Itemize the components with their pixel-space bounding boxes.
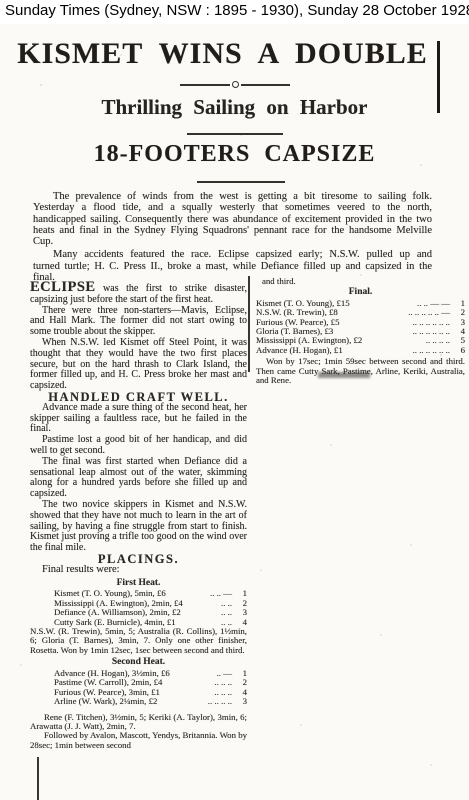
dot-leader: .. — (170, 669, 235, 678)
result-entry: Arline (W. Wark), 2¼min, £2 (54, 697, 157, 706)
ornament-line (180, 84, 230, 86)
lead-word: ECLIPSE (30, 279, 96, 295)
carryover-text: and third. (256, 277, 465, 286)
result-row: Arline (W. Wark), 2¼min, £2 .. .. .. .. … (30, 697, 247, 706)
dot-leader: .. .. .. (160, 688, 235, 697)
ornament-line (241, 84, 291, 86)
dot-leader: .. .. .. (162, 678, 235, 687)
subheadline-sailing: Thrilling Sailing on Harbor (0, 95, 469, 120)
followed-by: Followed by Avalon, Mascott, Yendys, Bri… (30, 731, 247, 750)
paragraph-novices: The two novice skippers in Kismet and N.… (30, 500, 247, 554)
result-entry: Advance (H. Hogan), £1 (256, 346, 343, 355)
right-column: and third. Final. Kismet (T. O. Young), … (256, 277, 465, 385)
also-rans-block: Rene (F. Titchen), 3½min, 5; Keriki (A. … (30, 713, 247, 751)
results-intro: Final results were: (30, 565, 247, 576)
paragraph-eclipse: ECLIPSE was the first to strike disaster… (30, 282, 247, 306)
headline-ornament-rule (180, 81, 290, 88)
trove-article-page: Sunday Times (Sydney, NSW : 1895 - 1930)… (0, 0, 469, 800)
paper-noise (0, 24, 2, 26)
also-rans: Rene (F. Titchen), 3½min, 5; Keriki (A. … (30, 713, 247, 732)
two-column-section: ECLIPSE was the first to strike disaster… (0, 276, 469, 800)
ornament-dot (232, 81, 239, 88)
final-results: Kismet (T. O. Young), £15 .. .. — — 1 N.… (256, 299, 465, 355)
paragraph-nsw: When N.S.W. led Kismet off Steel Point, … (30, 338, 247, 392)
paragraph-pastime: Pastime lost a good bit of her handicap,… (30, 435, 247, 457)
heading-final: Final. (256, 288, 465, 297)
dot-leader: .. .. (181, 608, 235, 617)
paragraph-defiance: The final was first started when Defianc… (30, 457, 247, 500)
dot-leader: .. .. .. .. (362, 336, 453, 345)
divider-rule (187, 133, 283, 135)
dot-leader: .. .. .. .. .. — (338, 308, 453, 317)
left-column: ECLIPSE was the first to strike disaster… (30, 282, 247, 750)
subheadline-capsize: 18-FOOTERS CAPSIZE (0, 141, 469, 168)
heading-first-heat: First Heat. (30, 578, 247, 589)
dot-leader: .. .. .. .. (157, 697, 235, 706)
newspaper-scan: KISMET WINS A DOUBLE Thrilling Sailing o… (0, 24, 469, 800)
heading-second-heat: Second Heat. (30, 657, 247, 668)
dot-leader: .. .. (183, 599, 235, 608)
cut-off-fragment (318, 372, 370, 378)
source-citation: Sunday Times (Sydney, NSW : 1895 - 1930)… (0, 0, 469, 24)
second-heat-results: Advance (H. Hogan), 3½min, £6 .. — 1 Pas… (30, 669, 247, 707)
paragraph-intro-1: The prevalence of winds from the west is… (33, 191, 432, 247)
first-heat-results: Kismet (T. O. Young), 5min, £6 .. .. — 1… (30, 589, 247, 627)
result-rank: 3 (235, 697, 247, 706)
column-divider (248, 276, 250, 372)
column-rule-fragment (37, 757, 39, 800)
dot-leader: .. .. .. .. .. .. (343, 346, 453, 355)
divider-rule (197, 181, 285, 183)
paragraph-advance: Advance made a sure thing of the second … (30, 403, 247, 435)
dot-leader: .. .. — — (350, 299, 453, 308)
result-rank: 6 (453, 346, 465, 355)
first-heat-note: N.S.W. (R. Trewin), 5min, 5; Australia (… (30, 627, 247, 655)
headline: KISMET WINS A DOUBLE (0, 37, 445, 71)
paragraph-nonstarters: There were three non-starters—Mavis, Ecl… (30, 306, 247, 338)
intro-paragraphs: The prevalence of winds from the west is… (33, 191, 432, 285)
result-row: Advance (H. Hogan), £1 .. .. .. .. .. ..… (256, 346, 465, 355)
dot-leader: .. .. .. .. .. .. (339, 318, 453, 327)
